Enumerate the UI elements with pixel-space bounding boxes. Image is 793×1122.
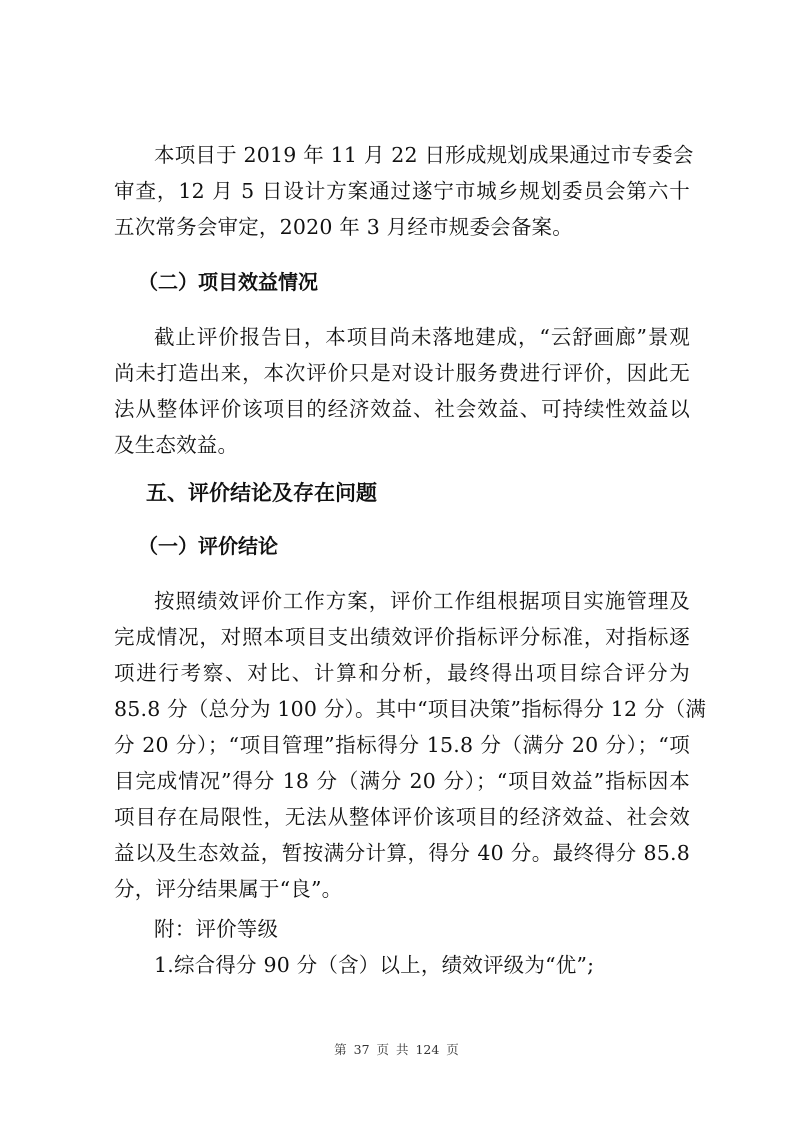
grade-item-1: 1.综合得分 90 分（含）以上，绩效评级为“优”;: [154, 951, 690, 979]
heading-evaluation-conclusion: （一）评价结论: [138, 532, 278, 560]
heading-project-benefits: （二）项目效益情况: [138, 268, 318, 296]
paragraph-1-line-1: 本项目于 2019 年 11 月 22 日形成规划成果通过市专委会: [154, 141, 690, 169]
paragraph-3-line-7: 项目存在局限性，无法从整体评价该项目的经济效益、社会效: [114, 803, 690, 831]
paragraph-3-line-9: 分，评分结果属于“良”。: [114, 875, 690, 903]
paragraph-2-line-1: 截止评价报告日，本项目尚未落地建成，“云舒画廊”景观: [154, 323, 690, 351]
page-number-footer: 第 37 页 共 124 页: [0, 1040, 793, 1058]
paragraph-3-line-2: 完成情况，对照本项目支出绩效评价指标评分标准，对指标逐: [114, 623, 690, 651]
paragraph-2-line-4: 及生态效益。: [114, 431, 690, 459]
paragraph-2-line-2: 尚未打造出来，本次评价只是对设计服务费进行评价，因此无: [114, 359, 690, 387]
paragraph-1-line-2: 审查，12 月 5 日设计方案通过遂宁市城乡规划委员会第六十: [114, 177, 690, 205]
paragraph-3-line-6: 目完成情况”得分 18 分（满分 20 分）；“项目效益”指标因本: [114, 767, 690, 795]
paragraph-3-line-1: 按照绩效评价工作方案，评价工作组根据项目实施管理及: [154, 587, 690, 615]
heading-section-5: 五、评价结论及存在问题: [146, 479, 377, 507]
paragraph-3-line-3: 项进行考察、对比、计算和分析，最终得出项目综合评分为: [114, 659, 690, 687]
document-page: 本项目于 2019 年 11 月 22 日形成规划成果通过市专委会 审查，12 …: [0, 0, 793, 1122]
paragraph-3-line-8: 益以及生态效益，暂按满分计算，得分 40 分。最终得分 85.8: [114, 839, 690, 867]
paragraph-3-line-5: 分 20 分）；“项目管理”指标得分 15.8 分（满分 20 分）；“项: [114, 731, 690, 759]
paragraph-1-line-3: 五次常务会审定，2020 年 3 月经市规委会备案。: [114, 213, 690, 241]
paragraph-2-line-3: 法从整体评价该项目的经济效益、社会效益、可持续性效益以: [114, 395, 690, 423]
appendix-label: 附：评价等级: [154, 915, 690, 943]
paragraph-3-line-4: 85.8 分（总分为 100 分）。其中“项目决策”指标得分 12 分（满: [114, 695, 690, 723]
